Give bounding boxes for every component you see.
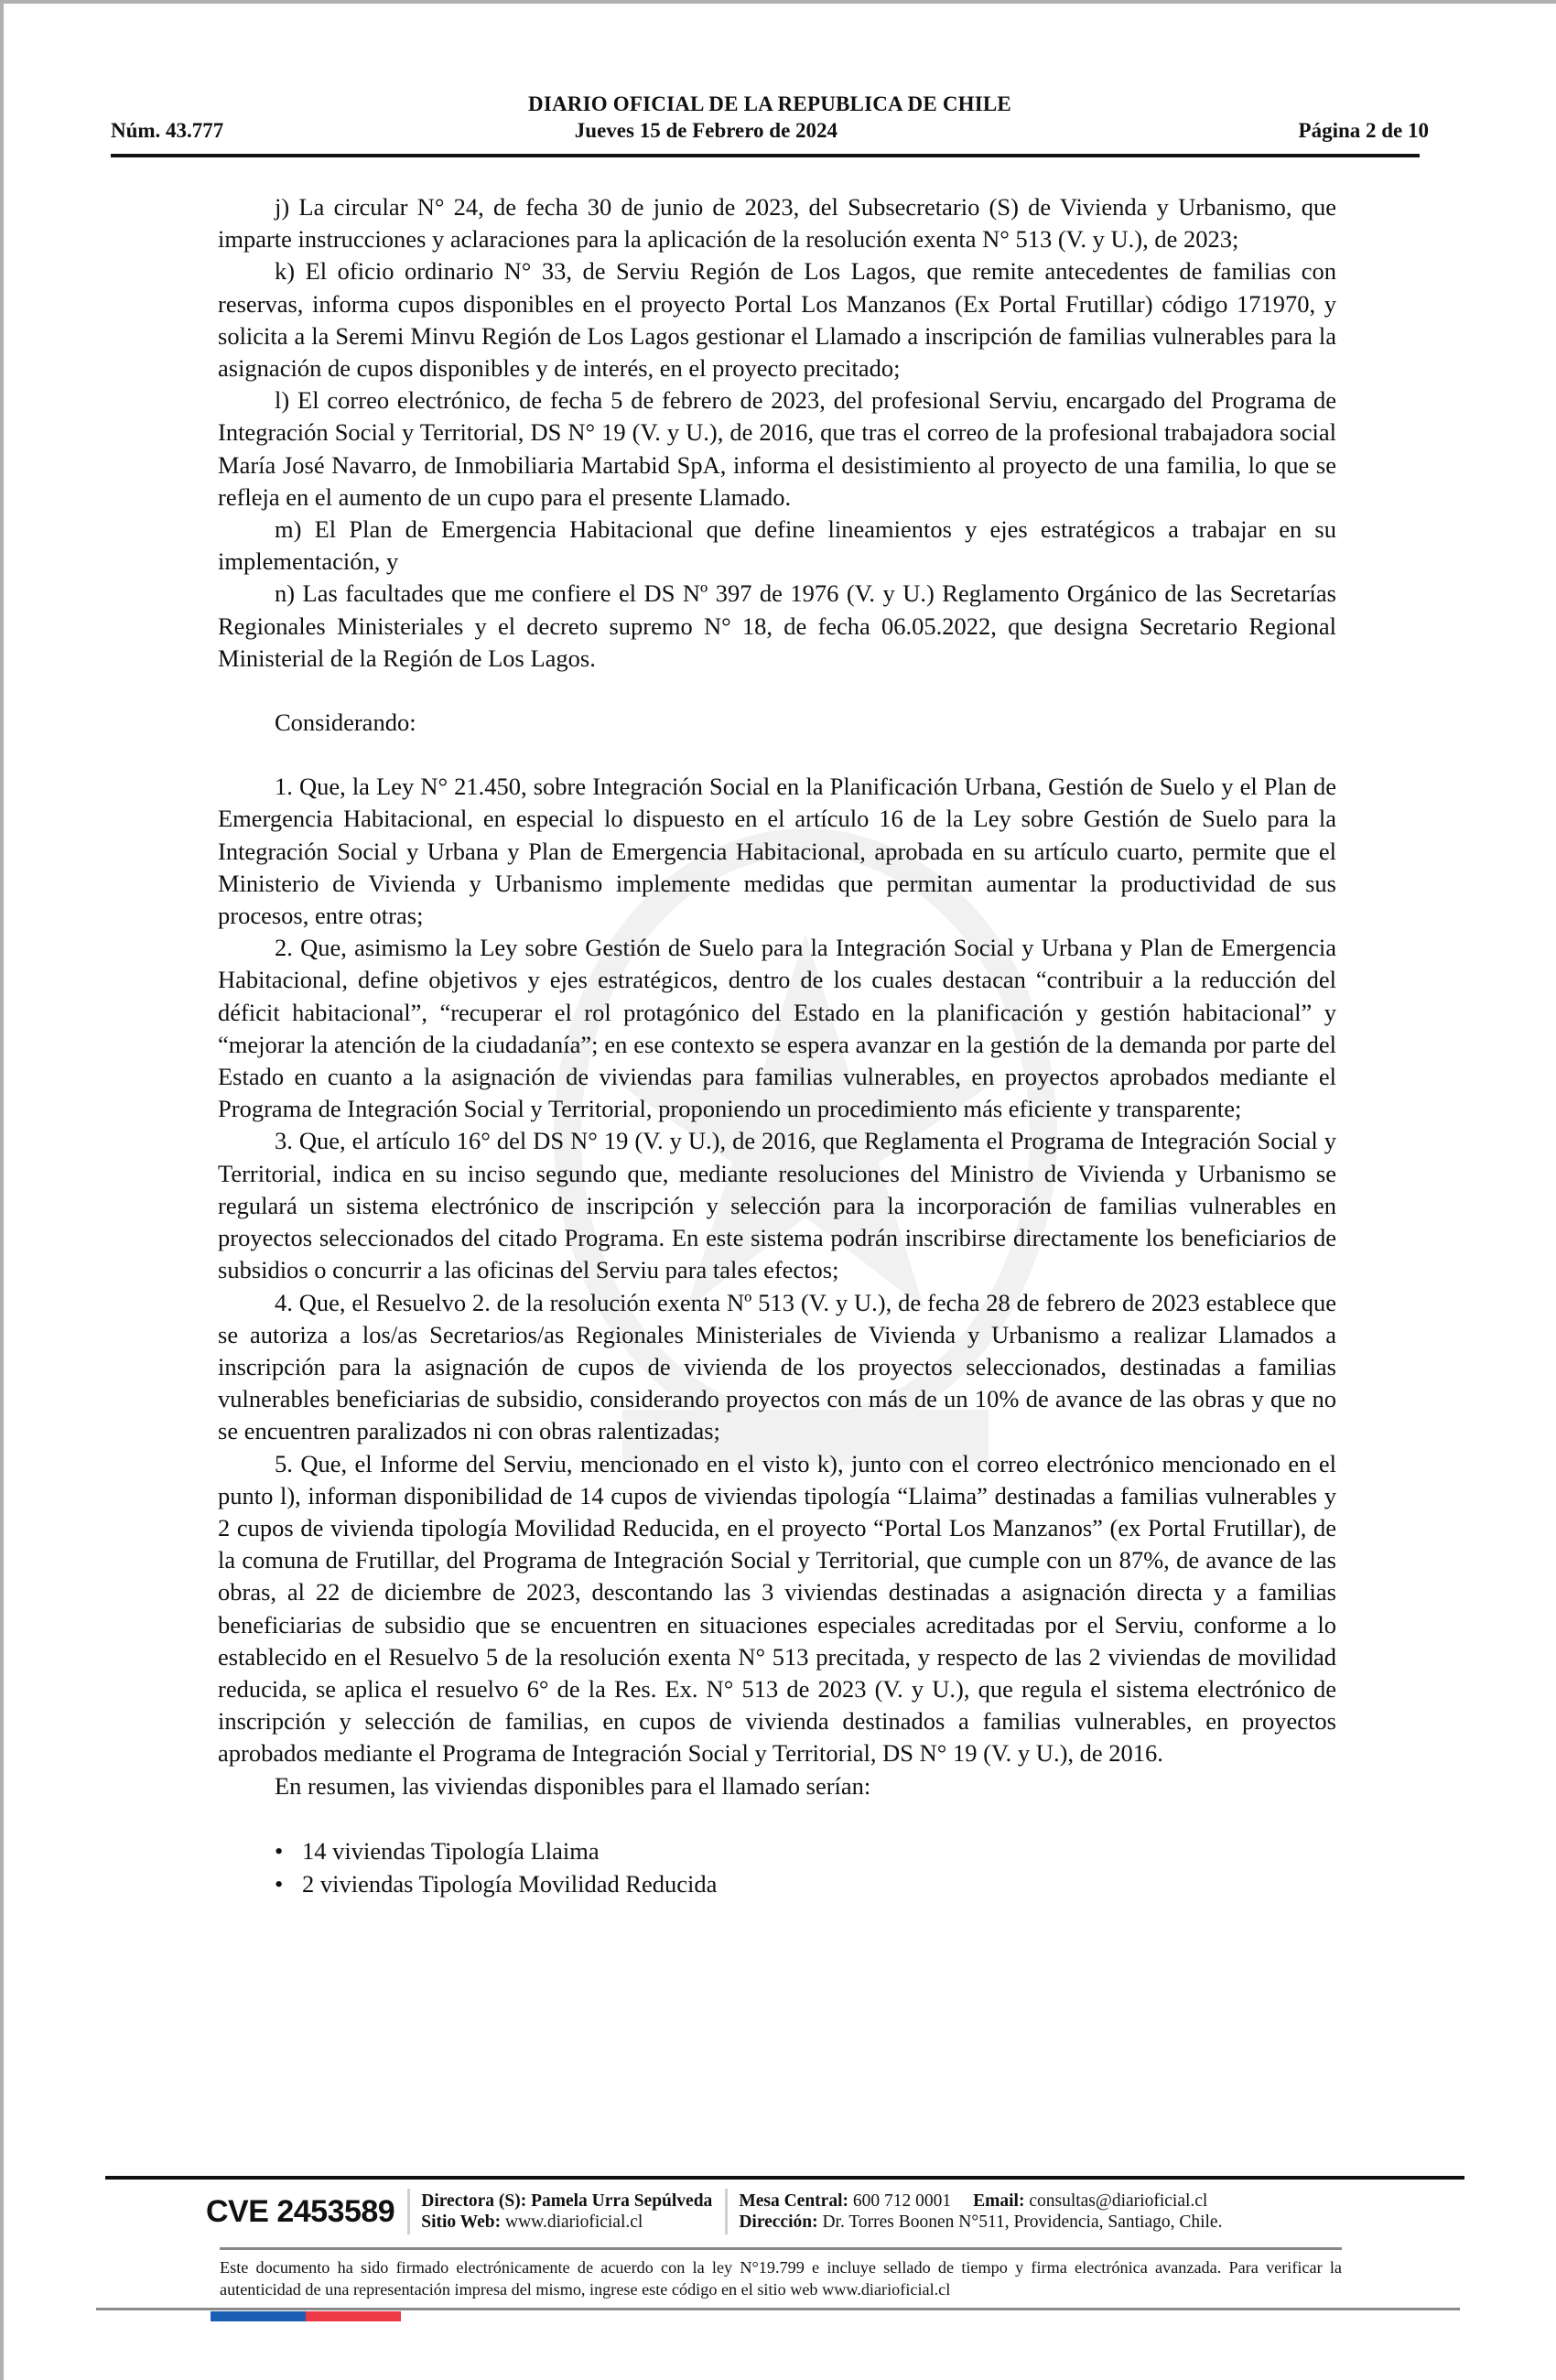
flag-stripe-red bbox=[306, 2311, 401, 2321]
list-item: 14 viviendas Tipología Llaima bbox=[275, 1834, 1336, 1867]
email-link[interactable]: consultas@diarioficial.cl bbox=[1029, 2191, 1207, 2211]
publication-title: DIARIO OFICIAL DE LA REPUBLICA DE CHILE bbox=[111, 92, 1429, 117]
flag-stripe-blue bbox=[211, 2311, 306, 2321]
considerando-1: 1. Que, la Ley N° 21.450, sobre Integrac… bbox=[218, 771, 1336, 932]
phone-label: Mesa Central: bbox=[739, 2191, 848, 2211]
phone-number: 600 712 0001 bbox=[853, 2191, 951, 2211]
visto-l: l) El correo electrónico, de fecha 5 de … bbox=[218, 384, 1336, 514]
cve-code: CVE 2453589 bbox=[206, 2194, 407, 2230]
page-header: DIARIO OFICIAL DE LA REPUBLICA DE CHILE … bbox=[111, 92, 1429, 145]
footer-divider bbox=[105, 2176, 1464, 2180]
bottom-divider bbox=[96, 2308, 1460, 2310]
legal-divider bbox=[220, 2247, 1342, 2250]
considerando-2: 2. Que, asimismo la Ley sobre Gestión de… bbox=[218, 932, 1336, 1125]
director-label: Directora (S): bbox=[421, 2191, 526, 2211]
footer-separator bbox=[725, 2189, 728, 2234]
considerando-heading: Considerando: bbox=[218, 707, 1336, 739]
footer-separator bbox=[407, 2189, 410, 2234]
legal-notice: Este documento ha sido firmado electróni… bbox=[220, 2256, 1342, 2300]
website-link[interactable]: www.diarioficial.cl bbox=[505, 2212, 643, 2232]
footer-info: CVE 2453589 Directora (S): Pamela Urra S… bbox=[206, 2188, 1235, 2235]
document-body: j) La circular N° 24, de fecha 30 de jun… bbox=[218, 191, 1336, 1900]
address: Dr. Torres Boonen N°511, Providencia, Sa… bbox=[822, 2212, 1222, 2232]
housing-list: 14 viviendas Tipología Llaima 2 vivienda… bbox=[218, 1834, 1336, 1900]
visto-n: n) Las facultades que me confiere el DS … bbox=[218, 578, 1336, 675]
visto-m: m) El Plan de Emergencia Habitacional qu… bbox=[218, 514, 1336, 578]
considerando-3: 3. Que, el artículo 16° del DS N° 19 (V.… bbox=[218, 1125, 1336, 1286]
director-name: Pamela Urra Sepúlveda bbox=[531, 2191, 712, 2211]
page-indicator: Página 2 de 10 bbox=[1299, 117, 1429, 145]
address-label: Dirección: bbox=[739, 2212, 817, 2232]
email-label: Email: bbox=[973, 2191, 1024, 2211]
header-divider bbox=[111, 154, 1420, 157]
visto-j: j) La circular N° 24, de fecha 30 de jun… bbox=[218, 191, 1336, 255]
issue-date: Jueves 15 de Febrero de 2024 bbox=[113, 117, 1298, 145]
website-label: Sitio Web: bbox=[421, 2212, 501, 2232]
list-item: 2 viviendas Tipología Movilidad Reducida bbox=[275, 1867, 1336, 1900]
considerando-4: 4. Que, el Resuelvo 2. de la resolución … bbox=[218, 1287, 1336, 1448]
considerando-5: 5. Que, el Informe del Serviu, mencionad… bbox=[218, 1448, 1336, 1770]
contact-info: Mesa Central: 600 712 0001Email: consult… bbox=[739, 2191, 1222, 2233]
page-border-left bbox=[0, 0, 4, 2380]
visto-k: k) El oficio ordinario N° 33, de Serviu … bbox=[218, 255, 1336, 384]
page-border-top bbox=[0, 0, 1556, 4]
summary-line: En resumen, las viviendas disponibles pa… bbox=[218, 1770, 1336, 1802]
director-info: Directora (S): Pamela Urra Sepúlveda Sit… bbox=[421, 2191, 712, 2233]
